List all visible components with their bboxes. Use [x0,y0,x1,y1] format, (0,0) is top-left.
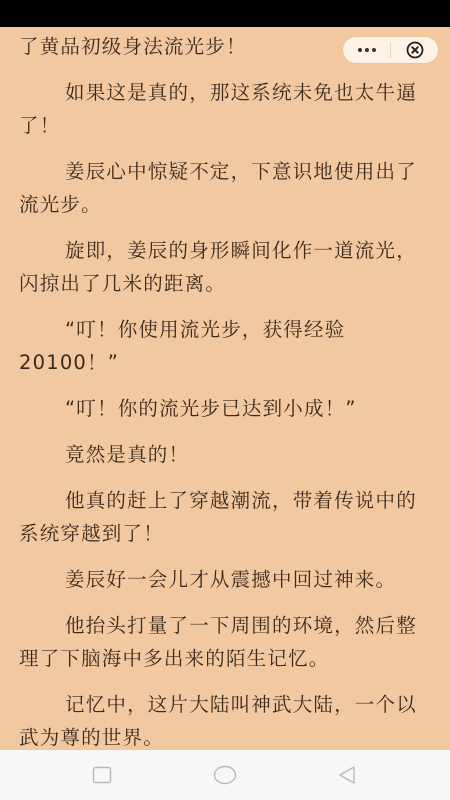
paragraph: 如果这是真的，那这系统未免也太牛逼了！ [19,76,424,142]
paragraph: “叮！你的流光步已达到小成！” [19,392,424,425]
back-button[interactable] [317,750,377,800]
paragraph: 他抬头打量了一下周围的环境，然后整理了下脑海中多出来的陌生记忆。 [19,609,424,675]
paragraph: 记忆中，这片大陆叫神武大陆，一个以武为尊的世界。 [19,688,424,750]
paragraph: “叮！你使用流光步，获得经验20100！” [19,313,424,379]
home-button[interactable] [195,750,255,800]
status-bar [0,0,450,27]
close-circle-icon [406,41,424,59]
chapter-text: 了黄品初级身法流光步！ 如果这是真的，那这系统未免也太牛逼了！ 姜辰心中惊疑不定… [19,30,424,750]
more-button[interactable] [343,37,390,63]
circle-home-icon [213,765,237,785]
square-recents-icon [92,766,112,784]
recents-button[interactable] [72,750,132,800]
paragraph: 姜辰心中惊疑不定，下意识地使用出了流光步。 [19,155,424,221]
triangle-back-icon [337,765,357,785]
more-dots-icon [358,48,376,52]
paragraph: 他真的赶上了穿越潮流，带着传说中的系统穿越到了！ [19,484,424,550]
close-button[interactable] [391,37,438,63]
system-nav-bar [0,750,450,800]
paragraph: 竟然是真的！ [19,438,424,471]
paragraph: 旋即，姜辰的身形瞬间化作一道流光，闪掠出了几米的距离。 [19,234,424,300]
miniprogram-capsule [343,37,438,63]
reader-page[interactable]: 了黄品初级身法流光步！ 如果这是真的，那这系统未免也太牛逼了！ 姜辰心中惊疑不定… [0,27,450,750]
paragraph: 姜辰好一会儿才从震撼中回过神来。 [19,563,424,596]
